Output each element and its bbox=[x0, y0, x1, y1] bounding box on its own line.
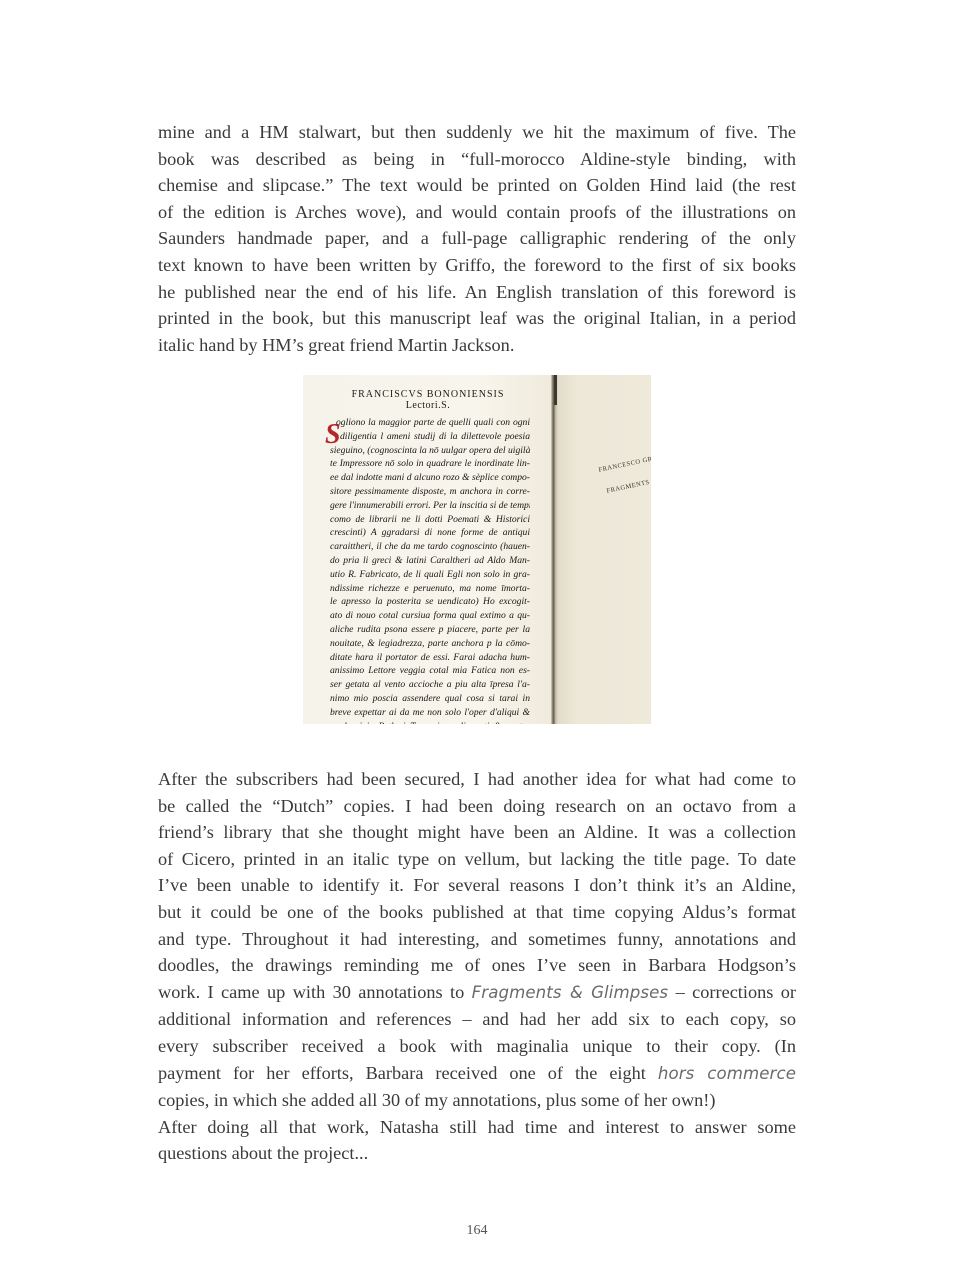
calligraphy-line: do pria li greci & latini Caraltheri ad … bbox=[330, 554, 530, 568]
text-line: After doing all that work, Natasha still… bbox=[158, 1114, 796, 1141]
text-line: After the subscribers had been secured, … bbox=[158, 766, 796, 793]
text-line: work. I came up with 30 annotations to F… bbox=[158, 979, 796, 1007]
paragraph-binding-description: mine and a HM stalwart, but then suddenl… bbox=[158, 119, 796, 358]
calligraphy-line: ogliono la maggior parte de quelli quali… bbox=[330, 416, 530, 430]
calligraphy-line: breve expettar ai da me non solo l'oper … bbox=[330, 706, 530, 720]
calligraphy-line: caraittheri, il che da me tardo cognosci… bbox=[330, 540, 530, 554]
text-line: mine and a HM stalwart, but then suddenl… bbox=[158, 119, 796, 146]
text-line: book was described as being in “full-mor… bbox=[158, 146, 796, 173]
book-gutter bbox=[551, 375, 559, 724]
text-line: chemise and slipcase.” The text would be… bbox=[158, 172, 796, 199]
calligraphy-line: sieguino, (cognoscinta la nō uulgar oper… bbox=[330, 444, 530, 458]
calligraphy-line: aliche rudita psona essere p piacere, pa… bbox=[330, 623, 530, 637]
text-line: friend’s library that she thought might … bbox=[158, 819, 796, 846]
italic-title: hors commerce bbox=[658, 1064, 796, 1083]
text-line: printed in the book, but this manuscript… bbox=[158, 305, 796, 332]
calligraphy-line: utio R. Fabricato, de li quali Egli non … bbox=[330, 568, 530, 582]
text-line: of the edition is Arches wove), and woul… bbox=[158, 199, 796, 226]
calligraphy-line: sitore pessimamente disposte, m anchora … bbox=[330, 485, 530, 499]
text-line: payment for her efforts, Barbara receive… bbox=[158, 1060, 796, 1088]
text-line: and type. Throughout it had interesting,… bbox=[158, 926, 796, 953]
calligraphy-line: ser getata al vento accioche a piu alta … bbox=[330, 678, 530, 692]
leaf-subheading: Lectori.S. bbox=[303, 400, 553, 411]
calligraphy-line: ndissime richezze e peruenuto, ma nome ī… bbox=[330, 582, 530, 596]
calligraphy-line: nimo mio poscia assendere qual cosa si t… bbox=[330, 692, 530, 706]
document-page: mine and a HM stalwart, but then suddenl… bbox=[0, 0, 954, 1276]
calligraphy-line: ee dal indotte mani d alcuno rozo & sèpl… bbox=[330, 471, 530, 485]
text-line: I’ve been unable to identify it. For sev… bbox=[158, 872, 796, 899]
calligraphy-line: diligentia l ameni studij di la dilettev… bbox=[330, 430, 530, 444]
text-line: text known to have been written by Griff… bbox=[158, 252, 796, 279]
text-line: he published near the end of his life. A… bbox=[158, 279, 796, 306]
calligraphy-text: ogliono la maggior parte de quelli quali… bbox=[330, 416, 530, 724]
calligraphy-line: anissimo Lettore veggia cotal mia Fatica… bbox=[330, 664, 530, 678]
calligraphy-line: gere l'innumerabili errori. Per la insci… bbox=[330, 499, 530, 513]
text-line: Saunders handmade paper, and a full-page… bbox=[158, 225, 796, 252]
calligraphy-line: le apresso la posterita se uendicato) Ho… bbox=[330, 595, 530, 609]
text-line: questions about the project... bbox=[158, 1140, 796, 1167]
paragraph-dutch-copies: After the subscribers had been secured, … bbox=[158, 766, 796, 1167]
text-line: but it could be one of the books publish… bbox=[158, 899, 796, 926]
text-line: additional information and references – … bbox=[158, 1006, 796, 1033]
calligraphy-line: moderni in Rythmi Toscani ma li poeti & … bbox=[330, 720, 530, 724]
page-number: 164 bbox=[0, 1223, 954, 1239]
calligraphic-leaf-photo: FRANCISCVS BONONIENSIS Lectori.S. S ogli… bbox=[303, 375, 651, 724]
leaf-heading: FRANCISCVS BONONIENSIS bbox=[303, 389, 553, 400]
calligraphy-line: ditate hara il portator de essi. Farai a… bbox=[330, 651, 530, 665]
text-line: doodles, the drawings reminding me of on… bbox=[158, 952, 796, 979]
text-line: be called the “Dutch” copies. I had been… bbox=[158, 793, 796, 820]
italic-title: Fragments & Glimpses bbox=[472, 983, 669, 1002]
right-leaf bbox=[559, 375, 651, 724]
text-line: of Cicero, printed in an italic type on … bbox=[158, 846, 796, 873]
calligraphy-line: ato di nouo cotal cursiua forma qual ext… bbox=[330, 609, 530, 623]
text-line: copies, in which she added all 30 of my … bbox=[158, 1087, 796, 1114]
calligraphy-line: como de librarii ne li dotti Poemati & H… bbox=[330, 513, 530, 527]
calligraphy-line: nouitate, & legiadrezza, parte anchora p… bbox=[330, 637, 530, 651]
calligraphy-line: crescinti) A ggradarsi di none forme de … bbox=[330, 526, 530, 540]
gutter-shadow bbox=[554, 375, 557, 405]
calligraphy-line: te Impressore nō solo in quadrare le ino… bbox=[330, 457, 530, 471]
text-line: italic hand by HM’s great friend Martin … bbox=[158, 332, 796, 359]
text-line: every subscriber received a book with ma… bbox=[158, 1033, 796, 1060]
